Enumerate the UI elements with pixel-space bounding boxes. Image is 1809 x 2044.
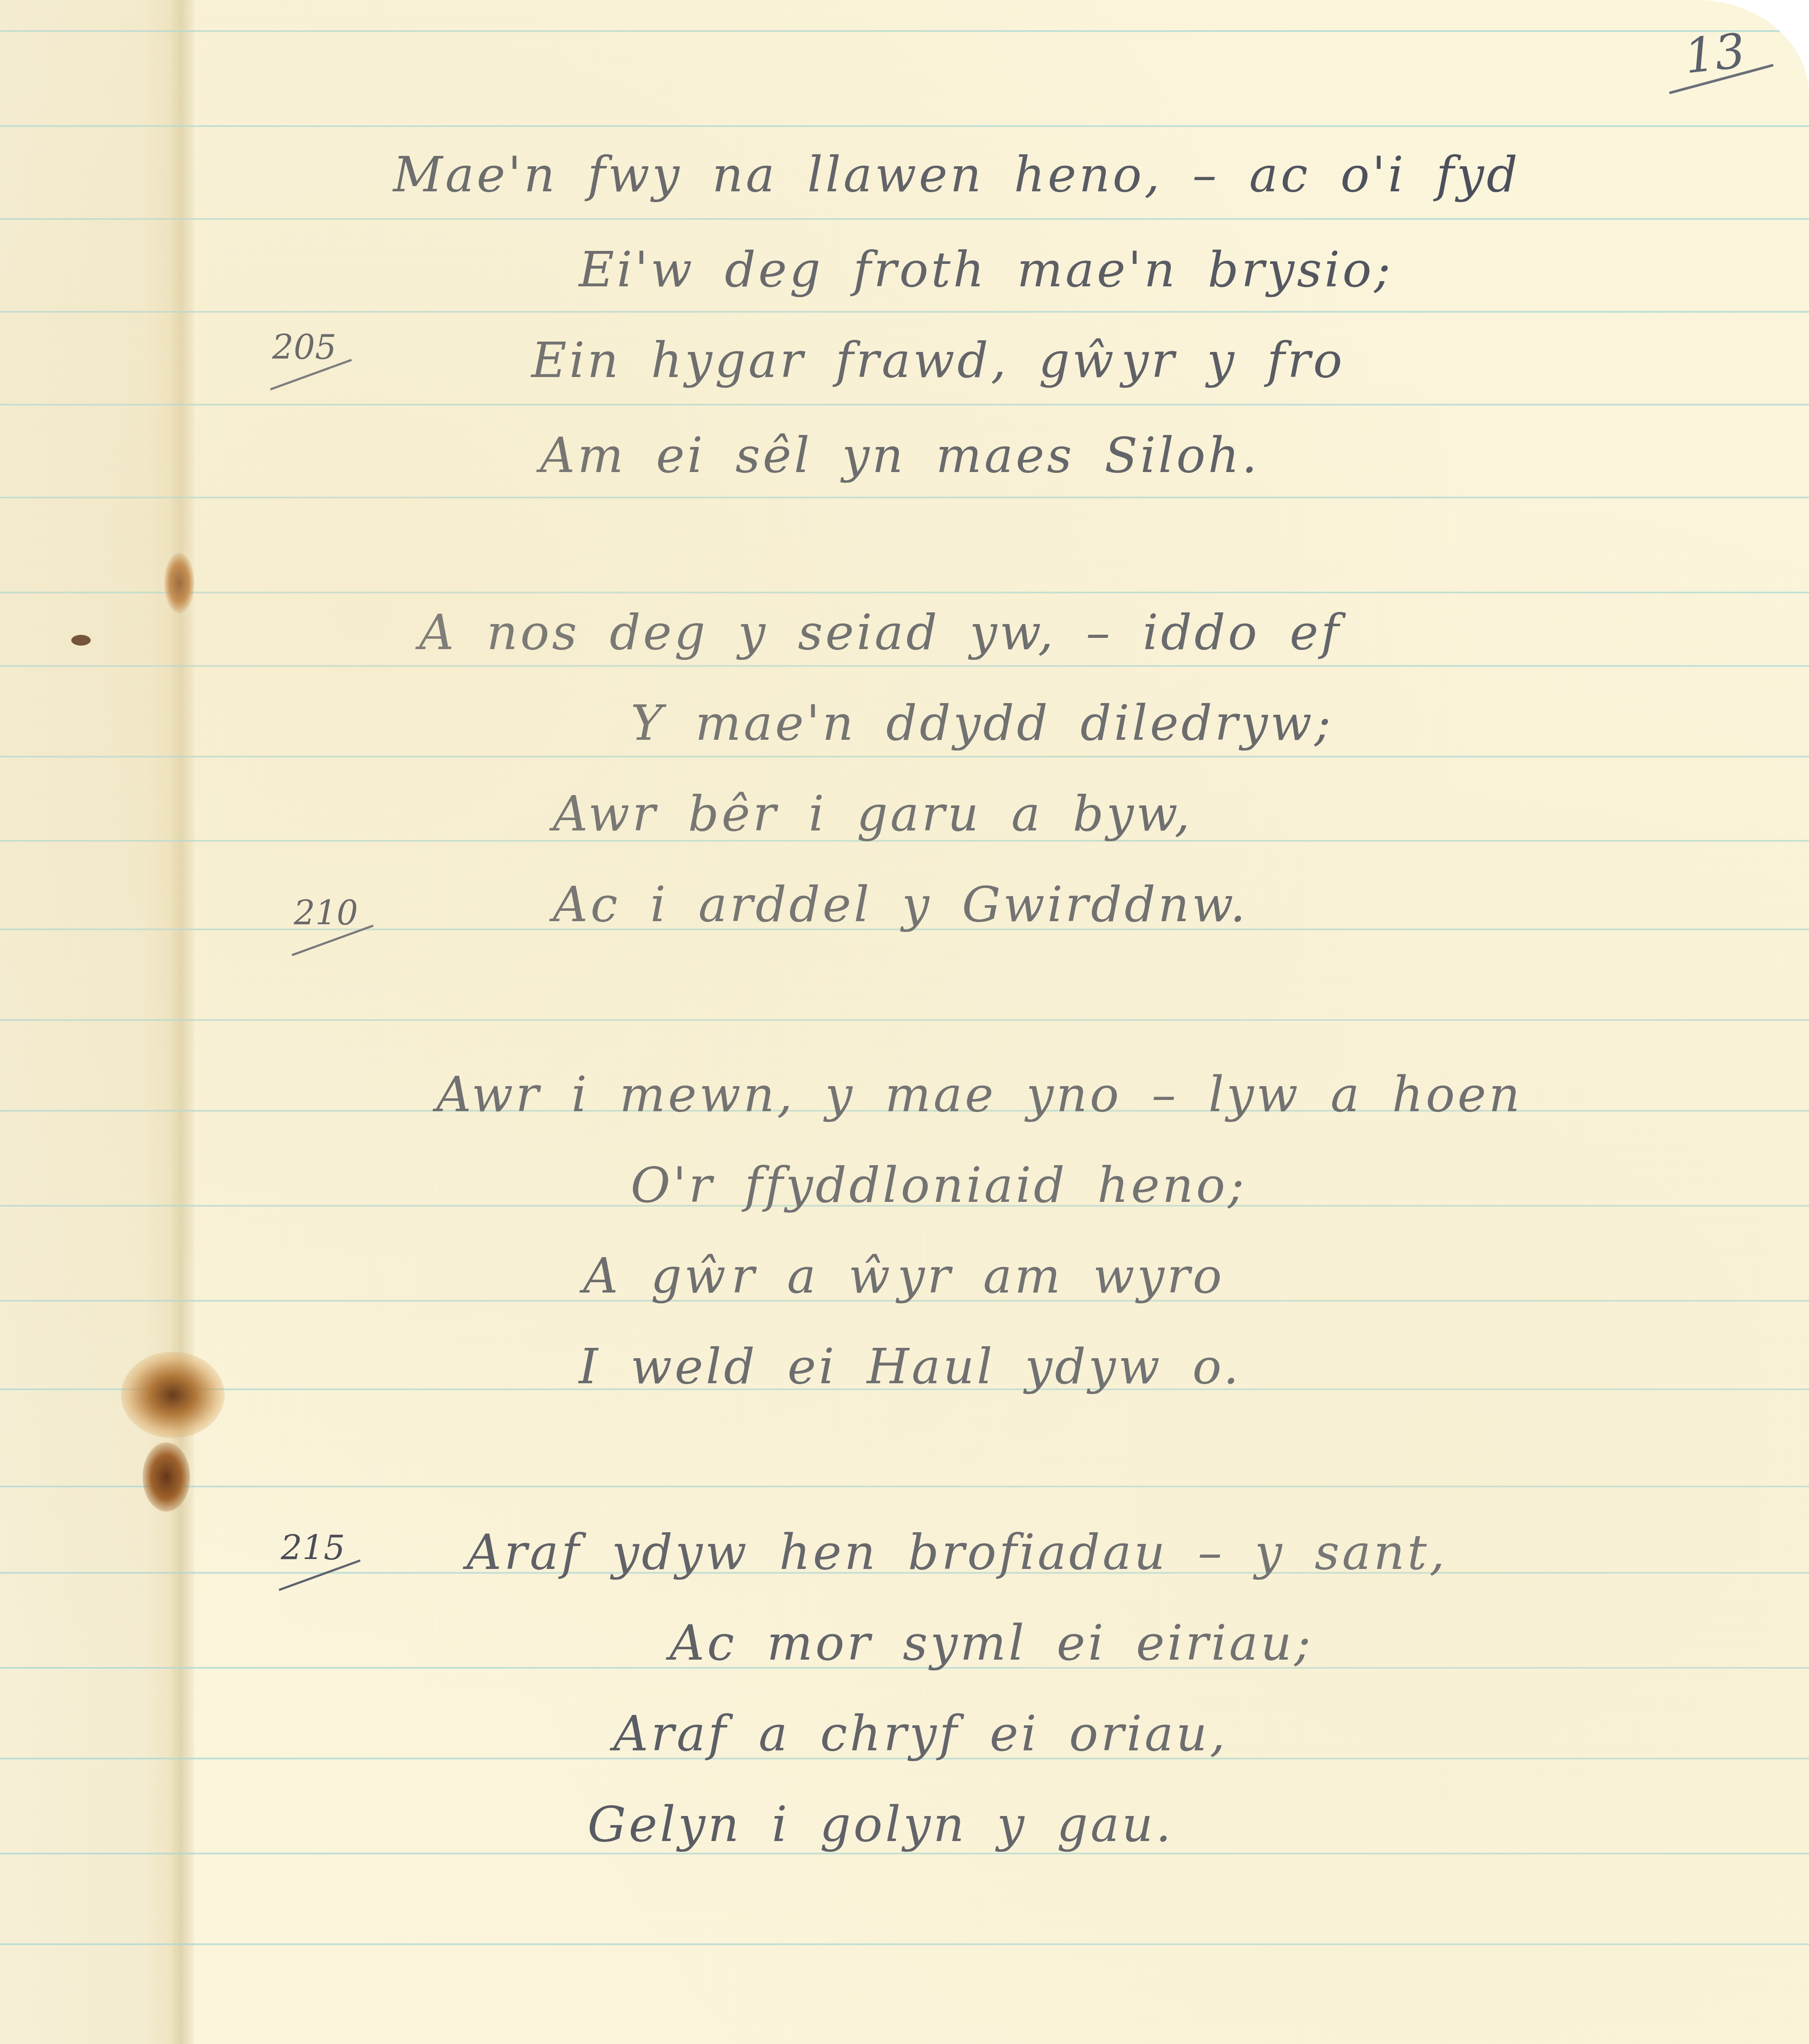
verse-line: Ein hygar frawd, gŵyr y fro: [531, 333, 1345, 389]
line-number-215: 215: [281, 1529, 345, 1568]
rust-stain: [164, 553, 194, 613]
debris-mark: [71, 635, 91, 646]
ruled-line: [0, 218, 1809, 220]
verse-line: Ac mor syml ei eiriau;: [670, 1615, 1313, 1671]
line-number-210: 210: [294, 894, 358, 933]
verse-line: Ei'w deg froth mae'n brysio;: [579, 242, 1393, 298]
verse-line: O'r ffyddloniaid heno;: [631, 1157, 1247, 1214]
verse-line: A nos deg y seiad yw, – iddo ef: [419, 605, 1342, 661]
ruled-line: [0, 592, 1809, 593]
verse-line: Araf a chryf ei oriau,: [613, 1706, 1228, 1762]
ruled-line: [0, 756, 1809, 757]
ruled-line: [0, 1486, 1809, 1487]
verse-line: Ac i arddel y Gwirddnw.: [553, 877, 1248, 933]
verse-line: A gŵr a ŵyr am wyro: [583, 1248, 1225, 1304]
verse-line: I weld ei Haul ydyw o.: [579, 1339, 1241, 1395]
ruled-line: [0, 1943, 1809, 1945]
verse-line: Y mae'n ddydd diledryw;: [631, 695, 1333, 751]
ruled-line: [0, 404, 1809, 406]
binding-fold: [171, 0, 194, 2044]
verse-line: Am ei sêl yn maes Siloh.: [540, 428, 1260, 484]
verse-line: Araf ydyw hen brofiadau – y sant,: [467, 1524, 1447, 1581]
ruled-line: [0, 497, 1809, 498]
rust-stain: [121, 1352, 225, 1438]
verse-line: Gelyn i golyn y gau.: [587, 1797, 1174, 1853]
verse-line: Mae'n fwy na llawen heno, – ac o'i fyd: [393, 147, 1520, 203]
ruled-line: [0, 1853, 1809, 1854]
rust-stain: [143, 1442, 190, 1512]
notebook-page: 13 205 210 215 Mae'n fwy na llawen heno,…: [0, 0, 1809, 2044]
ruled-line: [0, 30, 1809, 32]
verse-line: Awr i mewn, y mae yno – lyw a hoen: [436, 1067, 1523, 1123]
ruled-line: [0, 1019, 1809, 1021]
ruled-line: [0, 665, 1809, 667]
page-gutter: [0, 0, 181, 2044]
ruled-line: [0, 125, 1809, 127]
ruled-line: [0, 311, 1809, 313]
verse-line: Awr bêr i garu a byw,: [553, 786, 1193, 842]
line-number-205: 205: [272, 328, 336, 367]
